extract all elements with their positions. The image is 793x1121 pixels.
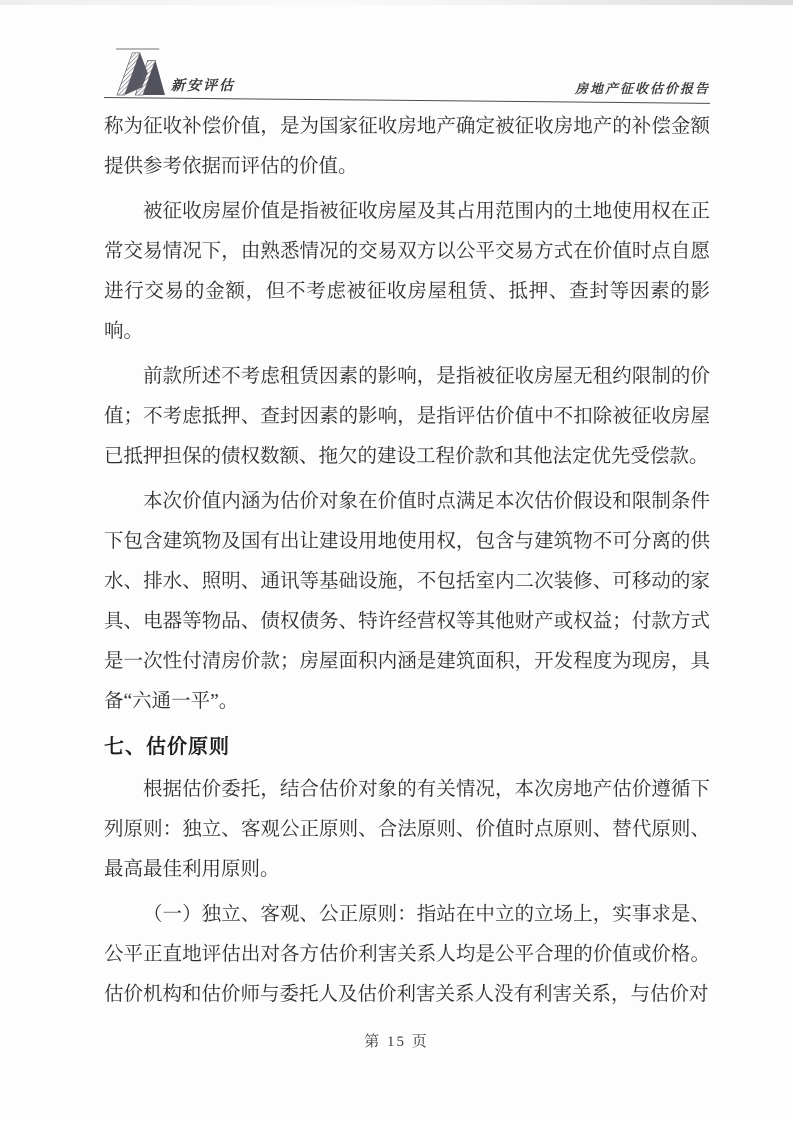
document-body: 称为征收补偿价值，是为国家征收房地产确定被征收房地产的补偿金额提供参考依据而评估… [104,107,710,1015]
scan-artifact-top-edge [0,0,793,5]
page-content: 新安评估 房地产征收估价报告 称为征收补偿价值，是为国家征收房地产确定被征收房地… [104,44,710,1020]
page-header: 新安评估 房地产征收估价报告 [104,44,710,96]
body-paragraph: 前款所述不考虑租赁因素的影响，是指被征收房屋无租约限制的价值；不考虑抵押、查封因… [104,357,710,477]
company-m-logo-icon [116,48,166,96]
body-paragraph: 本次价值内涵为估价对象在价值时点满足本次估价假设和限制条件下包含建筑物及国有出让… [104,482,710,722]
body-paragraph: 称为征收补偿价值，是为国家征收房地产确定被征收房地产的补偿金额提供参考依据而评估… [104,107,710,187]
body-paragraph: 根据估价委托，结合估价对象的有关情况，本次房地产估价遵循下列原则：独立、客观公正… [104,770,710,890]
report-page: 新安评估 房地产征收估价报告 称为征收补偿价值，是为国家征收房地产确定被征收房地… [0,0,793,1121]
report-type-label: 房地产征收估价报告 [575,78,710,97]
company-logo: 新安评估 [116,48,235,96]
company-logo-text: 新安评估 [171,75,235,95]
section-heading: 七、估价原则 [104,727,710,767]
body-paragraph: （一）独立、客观、公正原则：指站在中立的立场上，实事求是、公平正直地评估出对各方… [104,895,710,1015]
page-footer: 第 15 页 [0,1030,793,1051]
body-paragraph: 被征收房屋价值是指被征收房屋及其占用范围内的土地使用权在正常交易情况下，由熟悉情… [104,192,710,352]
page-number: 第 15 页 [364,1034,429,1050]
header-divider [104,97,710,104]
